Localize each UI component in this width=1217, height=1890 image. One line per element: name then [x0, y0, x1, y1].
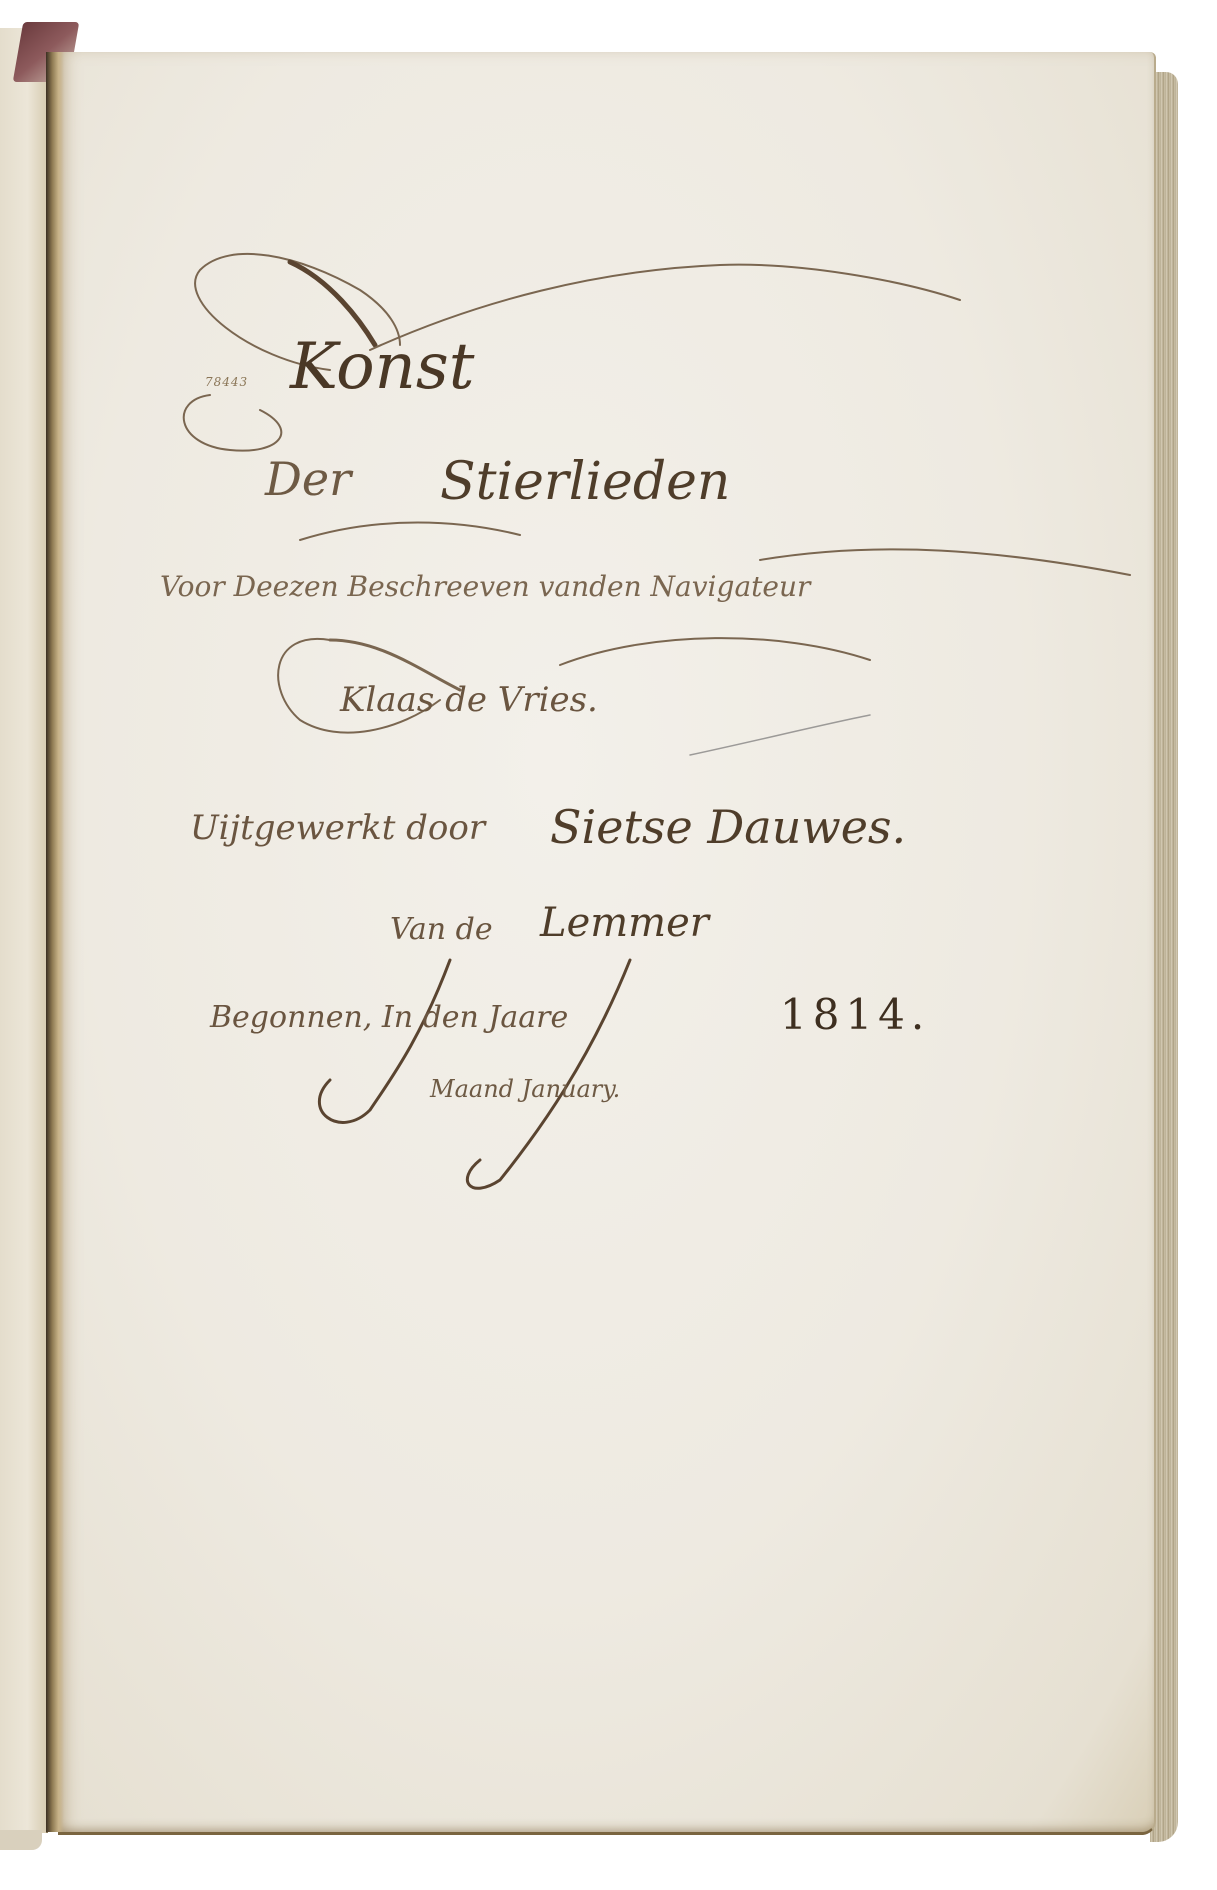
origin-place: Lemmer — [540, 900, 709, 946]
origin-prefix: Van de — [390, 912, 493, 947]
title-line-stierlieden: Stierlieden — [440, 452, 730, 512]
worked-by-name: Sietse Dauwes. — [550, 800, 906, 854]
original-author: Klaas de Vries. — [340, 680, 598, 720]
month-text: Maand January. — [430, 1075, 620, 1103]
begun-text: Begonnen, In den Jaare — [210, 1000, 568, 1035]
left-flyleaf — [0, 28, 48, 1833]
small-ink-mark: 78443 — [205, 375, 248, 389]
subtitle-line: Voor Deezen Beschreeven vanden Navigateu… — [160, 570, 810, 603]
title-line-konst: Konst — [290, 330, 474, 404]
worked-by-prefix: Uijtgewerkt door — [190, 808, 485, 848]
left-flyleaf-foot — [0, 1830, 42, 1850]
gutter-shadow — [46, 52, 64, 1832]
year: 1814. — [780, 990, 930, 1039]
title-line-der: Der — [265, 452, 351, 506]
